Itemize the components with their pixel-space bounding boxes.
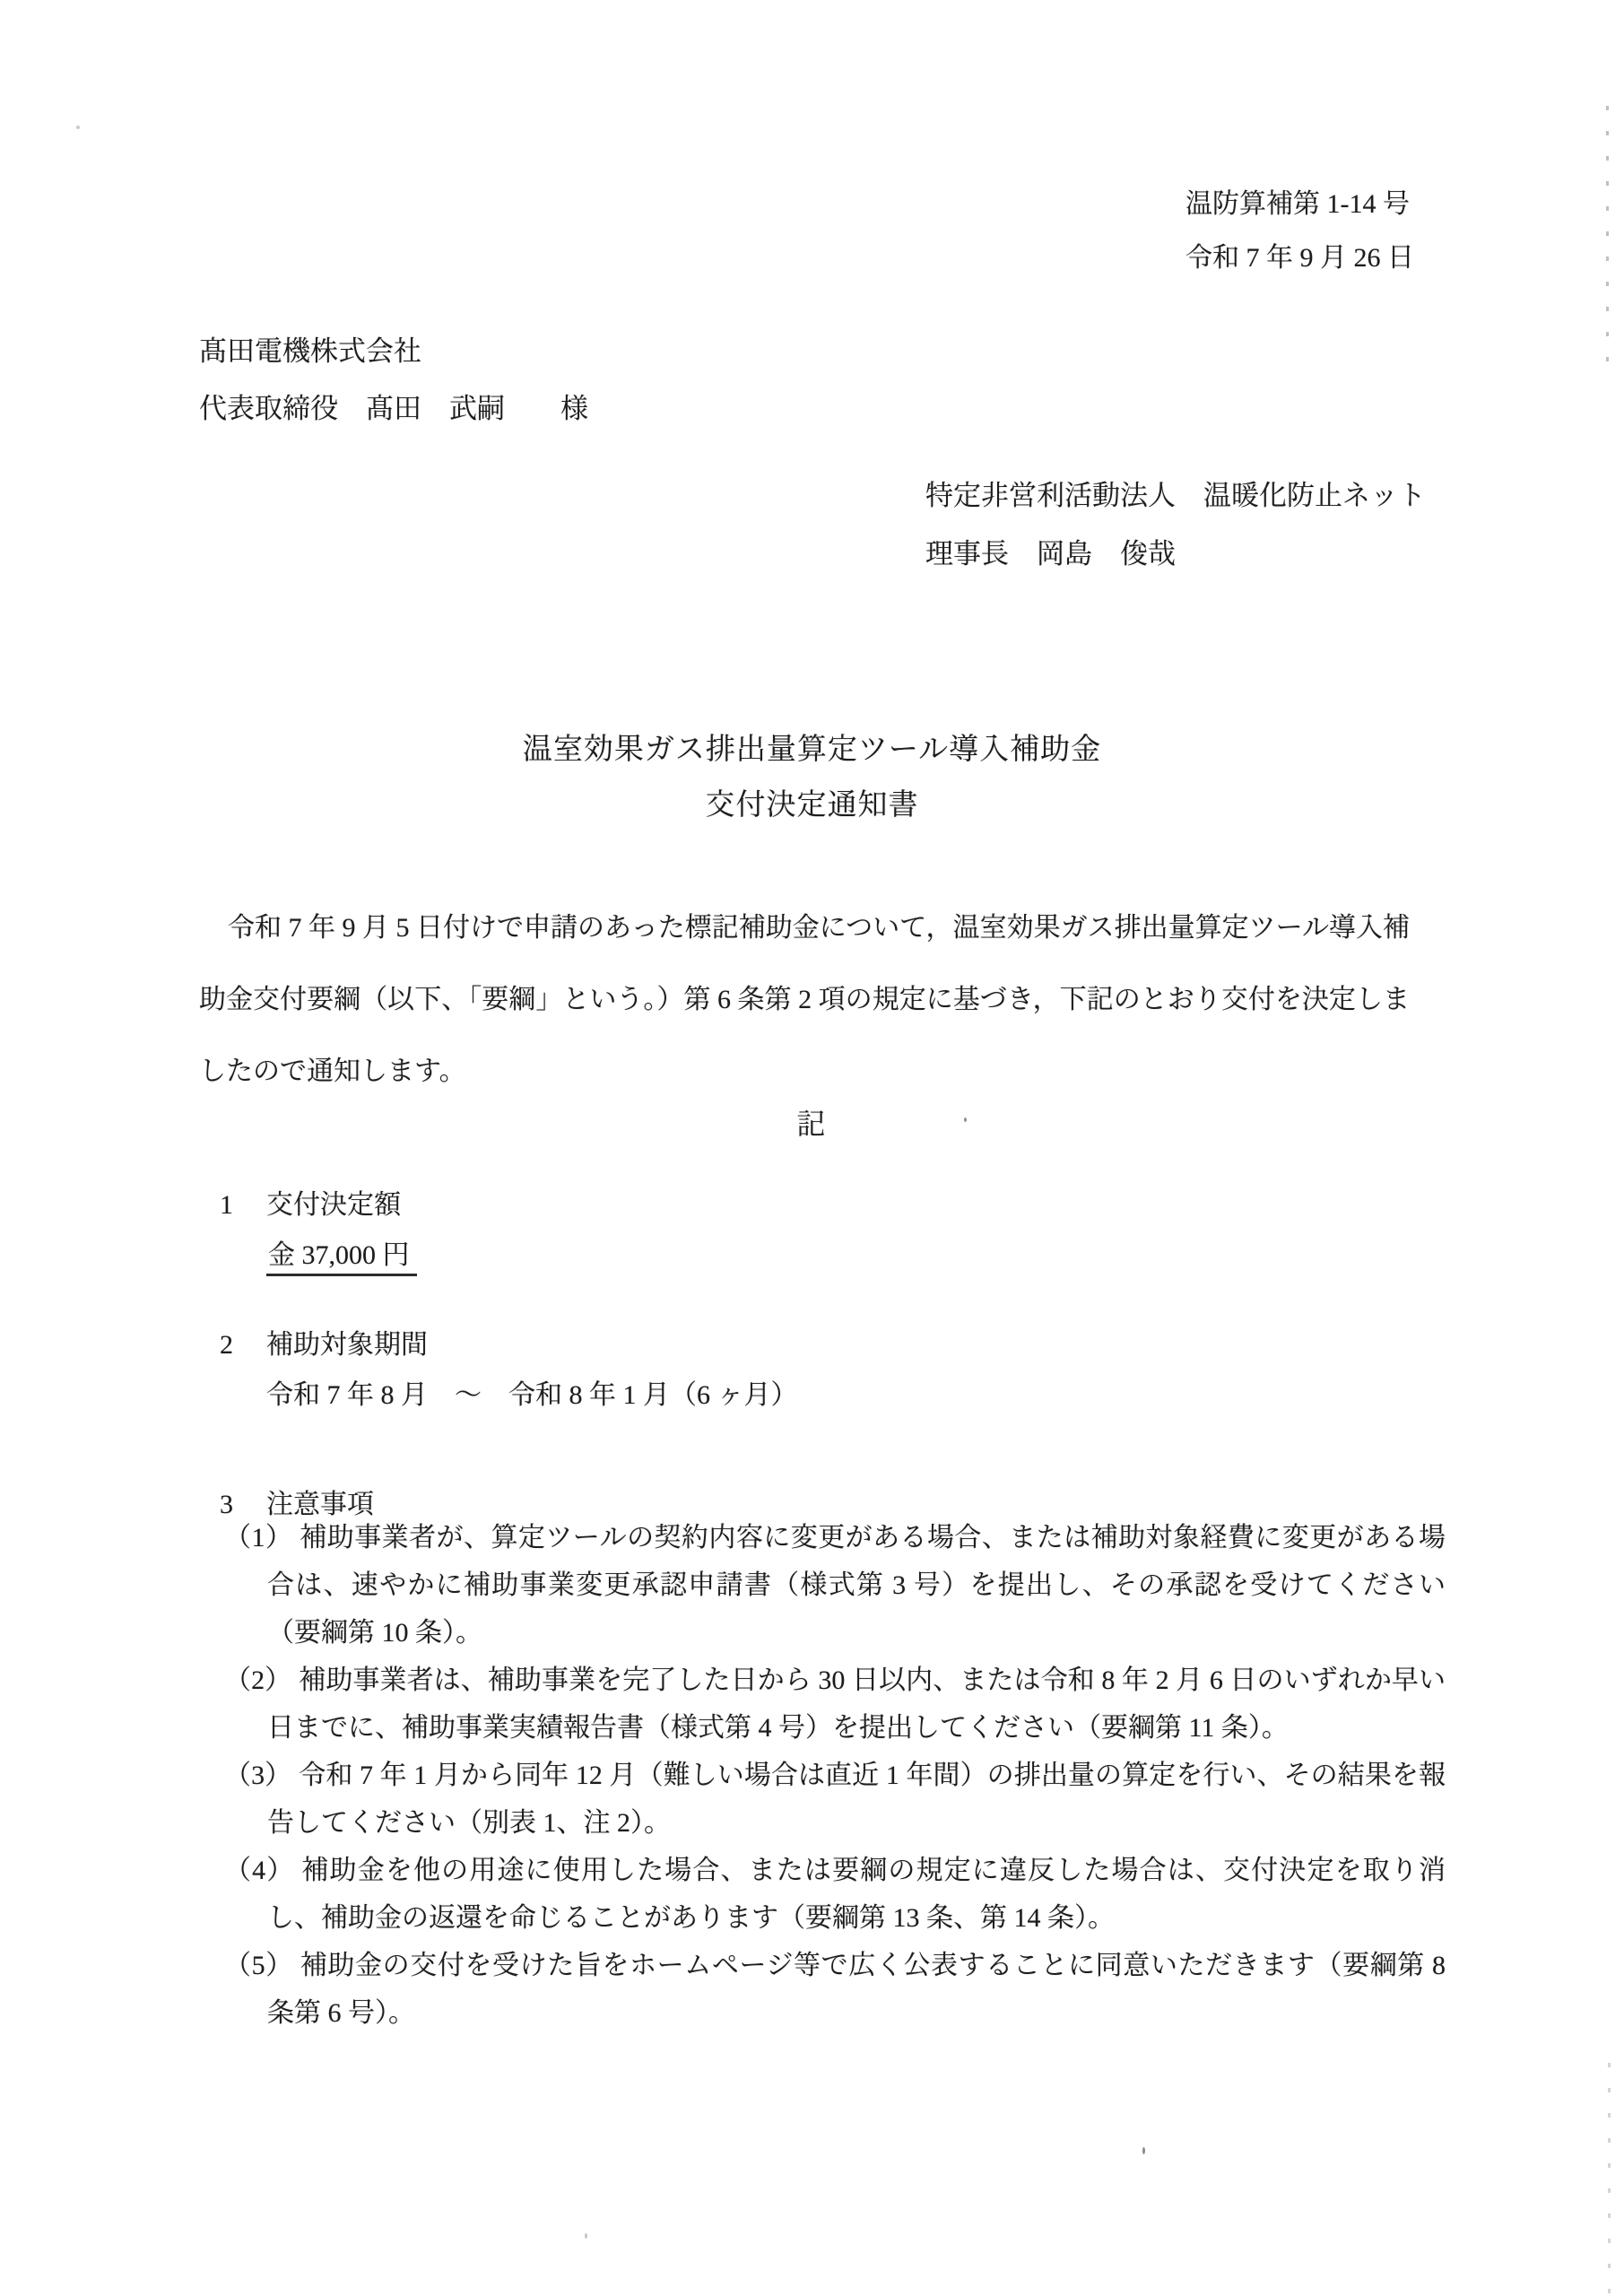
section-grant-amount: 1交付決定額 金 37,000 円 (220, 1180, 417, 1281)
section-number: 1 (220, 1180, 266, 1231)
section-heading: 交付決定額 (266, 1190, 401, 1220)
document-title: 温室効果ガス排出量算定ツール導入補助金 交付決定通知書 (0, 722, 1624, 833)
note-item-3: （3）令和 7 年 1 月から同年 12 月（難しい場合は直近 1 年間）の排出… (224, 1752, 1446, 1847)
note-label: （2） (224, 1665, 291, 1695)
scan-artifact-speck (585, 2233, 587, 2239)
note-text: 補助事業者が、算定ツールの契約内容に変更がある場合、または補助対象経費に変更があ… (267, 1523, 1446, 1648)
notes-list: （1）補助事業者が、算定ツールの契約内容に変更がある場合、または補助対象経費に変… (224, 1514, 1446, 2037)
scan-artifact-dashes-top (1606, 106, 1609, 366)
sender-block: 特定非営利活動法人 温暖化防止ネット 理事長 岡島 俊哉 (925, 466, 1426, 583)
note-label: （3） (224, 1761, 291, 1790)
note-text: 補助金を他の用途に使用した場合、または要綱の規定に違反した場合は、交付決定を取り… (267, 1856, 1446, 1933)
section-heading-row: 1交付決定額 (220, 1180, 417, 1231)
document-meta: 温防算補第 1-14 号 令和 7 年 9 月 26 日 (1185, 178, 1414, 285)
note-text: 補助事業者は、補助事業を完了した日から 30 日以内、または令和 8 年 2 月… (267, 1665, 1446, 1743)
section-number: 2 (220, 1320, 266, 1370)
recipient-block: 髙田電機株式会社 代表取締役 髙田 武嗣 様 (199, 323, 588, 438)
note-label: （4） (224, 1856, 294, 1885)
scanned-document-page: 温防算補第 1-14 号 令和 7 年 9 月 26 日 髙田電機株式会社 代表… (0, 0, 1624, 2296)
recipient-person: 代表取締役 髙田 武嗣 様 (199, 380, 588, 438)
scan-artifact-speck (76, 126, 80, 129)
sender-organization: 特定非営利活動法人 温暖化防止ネット (925, 466, 1426, 525)
record-marker: 記 (0, 1101, 1624, 1146)
note-label: （5） (224, 1951, 293, 1980)
scan-artifact-dashes-bottom (1608, 2063, 1611, 2296)
section-heading: 補助対象期間 (266, 1330, 428, 1360)
note-text: 補助金の交付を受けた旨をホームページ等で広く公表することに同意いただきます（要綱… (267, 1951, 1446, 2028)
recipient-company: 髙田電機株式会社 (199, 323, 588, 380)
document-number: 温防算補第 1-14 号 (1185, 178, 1414, 231)
note-label: （1） (224, 1523, 292, 1552)
document-title-line1: 温室効果ガス排出量算定ツール導入補助金 (0, 722, 1624, 778)
subsidy-period-value: 令和 7 年 8 月 ～ 令和 8 年 1 月（6 ヶ月） (266, 1370, 798, 1421)
grant-amount-row: 金 37,000 円 (266, 1231, 417, 1281)
body-paragraph: 令和 7 年 9 月 5 日付けで申請のあった標記補助金について，温室効果ガス排… (199, 892, 1410, 1108)
note-item-5: （5）補助金の交付を受けた旨をホームページ等で広く公表することに同意いただきます… (224, 1942, 1446, 2037)
note-item-1: （1）補助事業者が、算定ツールの契約内容に変更がある場合、または補助対象経費に変… (224, 1514, 1446, 1657)
grant-amount-value: 金 37,000 円 (266, 1240, 417, 1276)
section-heading-row: 2補助対象期間 (220, 1320, 798, 1370)
note-text: 令和 7 年 1 月から同年 12 月（難しい場合は直近 1 年間）の排出量の算… (267, 1761, 1446, 1838)
document-date: 令和 7 年 9 月 26 日 (1185, 231, 1414, 285)
note-item-2: （2）補助事業者は、補助事業を完了した日から 30 日以内、または令和 8 年 … (224, 1657, 1446, 1752)
sender-representative: 理事長 岡島 俊哉 (925, 525, 1426, 583)
document-title-line2: 交付決定通知書 (0, 778, 1624, 833)
note-item-4: （4）補助金を他の用途に使用した場合、または要綱の規定に違反した場合は、交付決定… (224, 1847, 1446, 1942)
scan-artifact-speck (964, 1118, 967, 1122)
section-subsidy-period: 2補助対象期間 令和 7 年 8 月 ～ 令和 8 年 1 月（6 ヶ月） (220, 1320, 798, 1421)
scan-artifact-speck (1142, 2147, 1145, 2154)
